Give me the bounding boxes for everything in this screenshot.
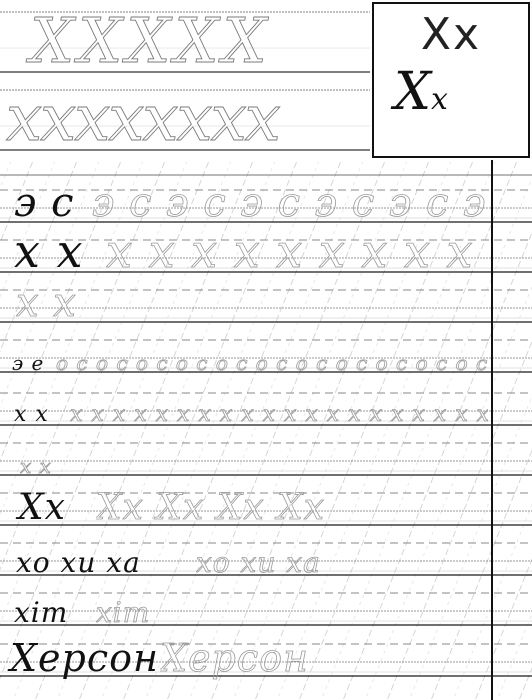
trace-text-row-3[interactable]: х х: [16, 280, 77, 326]
handwriting-worksheet: ХХХХХ хххххххх Хх Хх э сэ с э с э с э с …: [0, 0, 532, 700]
trace-text-row-9[interactable]: хіт: [96, 596, 150, 629]
sample-text-row-7: Хх: [18, 487, 66, 528]
trace-text-row-2[interactable]: х х х х х х х х х: [106, 224, 473, 278]
trace-text-row-6[interactable]: х х: [20, 454, 52, 478]
top-trace-row-1: ХХХХХ: [30, 4, 271, 77]
sample-text-row-1: э с: [14, 180, 75, 226]
sample-text-row-10: Херсон: [10, 636, 159, 680]
trace-text-row-1[interactable]: э с э с э с э с э с э с э: [92, 180, 488, 226]
sample-text-row-9: хіт: [14, 596, 68, 629]
sample-text-row-2: х х: [14, 224, 84, 278]
top-trace-row-2: хххххххх: [6, 82, 279, 156]
trace-text-row-8[interactable]: хо хи ха: [196, 546, 321, 579]
sample-text-row-5: х х: [14, 402, 49, 427]
card-cursive-letters: Хх: [394, 64, 524, 128]
card-print-letters: Хх: [374, 10, 528, 60]
trace-text-row-5[interactable]: х х х х х х х х х х х х х х х х х х х х …: [70, 402, 488, 427]
trace-text-row-7[interactable]: Хх Хх Хх Хх: [96, 487, 325, 528]
card-cursive-lower: х: [431, 82, 448, 117]
trace-text-row-4[interactable]: о с о с о с о с о с о с о с о с о с о с …: [56, 351, 488, 375]
letter-card: Хх Хх: [372, 2, 530, 158]
sample-text-row-8: хо хи ха: [16, 546, 141, 579]
trace-text-row-10[interactable]: Херсон: [160, 636, 309, 680]
sample-text-row-4: э е: [12, 351, 44, 375]
card-cursive-upper: Х: [394, 62, 431, 122]
